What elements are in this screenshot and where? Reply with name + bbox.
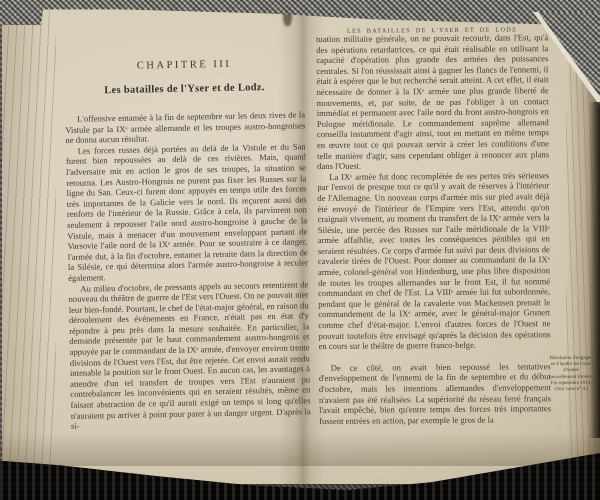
body-paragraph: tuation militaire générale, on ne pouvai…: [316, 32, 549, 172]
body-paragraph: La IXᵉ armée fut donc recomplétée de ses…: [317, 170, 550, 352]
left-page-edge-stack: [2, 0, 56, 484]
right-edge-shadow: [589, 102, 600, 438]
body-paragraph: De ce côté, on avait bien repoussé les t…: [319, 361, 551, 426]
left-page: CHAPITRE III Les batailles de l'Yser et …: [64, 57, 311, 431]
book-photo: CHAPITRE III Les batailles de l'Yser et …: [0, 0, 600, 500]
body-paragraph: Au milieu d'octobre, de pressants appels…: [68, 279, 311, 432]
body-paragraph: L'offensive entamée à la fin de septembr…: [65, 109, 306, 145]
body-paragraph: Les forces russes déjà portées au delà d…: [66, 141, 309, 283]
running-header-title: LES BATAILLES DE L'YSER ET DE LODZ: [347, 26, 517, 34]
chapter-title: Les batailles de l'Yser et de Lodz.: [64, 81, 304, 97]
margin-note: Résolution d'engager en Flandre les corp…: [549, 356, 593, 394]
right-page: LES BATAILLES DE L'YSER ET DE LODZ 21 tu…: [316, 18, 551, 426]
